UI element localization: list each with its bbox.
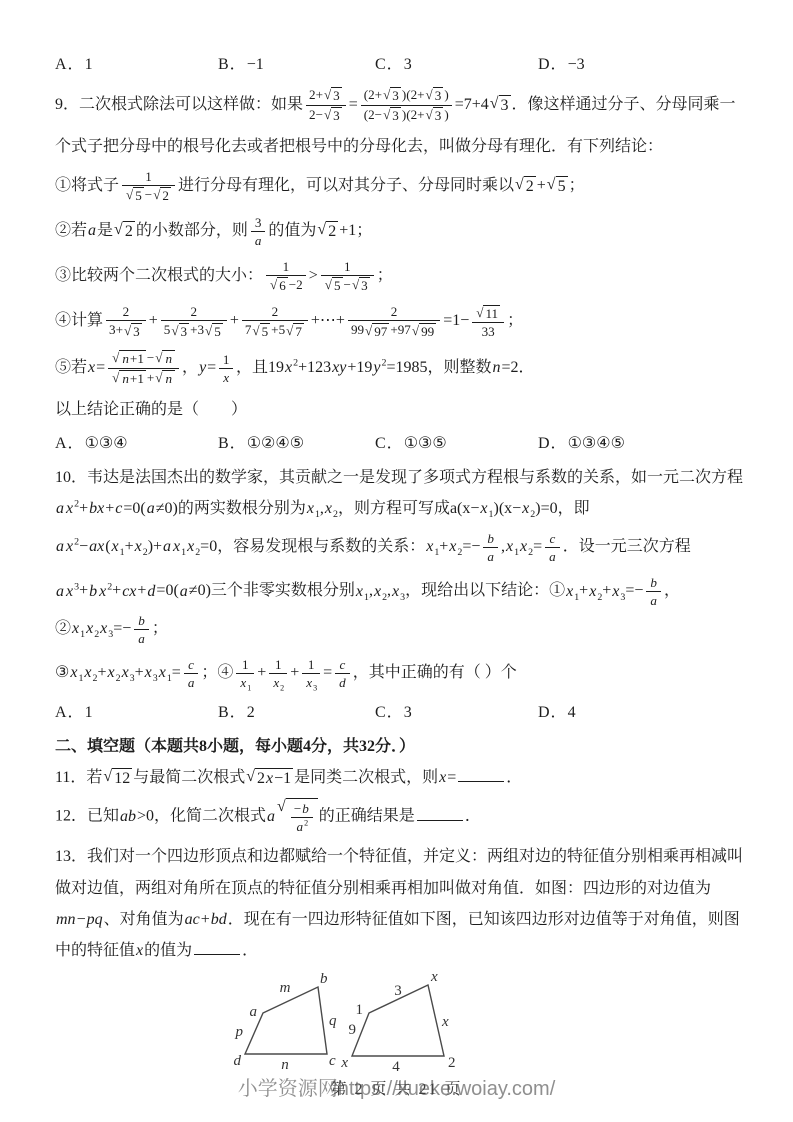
seg-m: c — [114, 500, 123, 517]
seg-sb: x1 — [69, 664, 83, 681]
seg-t: − — [79, 538, 88, 555]
seg-t: +19 — [347, 359, 372, 376]
seg-r: √7 — [286, 323, 304, 340]
seg-t: + — [147, 370, 154, 385]
right-vertex-x-bottom-label: x — [340, 1055, 348, 1071]
seg-t: 3+ — [109, 322, 123, 337]
seg-r: √99 — [412, 323, 436, 340]
seg-t: =0，容易发现根与系数的关系： — [200, 538, 425, 555]
seg-t: ③ — [55, 664, 69, 681]
choice-letter: D． — [538, 56, 568, 73]
seg-t: 2 — [526, 178, 534, 195]
seg-sb: x2 — [519, 538, 533, 555]
seg-t: ； — [152, 620, 168, 637]
left-quadrilateral-outline — [245, 987, 327, 1054]
left-side-q-label: q — [329, 1013, 337, 1029]
left-vertex-c-label: c — [329, 1053, 336, 1069]
seg-f: 3a — [251, 214, 266, 249]
seg-r: √5 — [205, 323, 223, 340]
seg-m: ac — [184, 911, 201, 928]
seg-t: 5 — [164, 322, 171, 337]
seg-t: 3 — [361, 278, 368, 293]
seg-t: 1 — [344, 259, 351, 274]
seg-m: a — [187, 675, 196, 690]
seg-t: =− — [113, 620, 131, 637]
seg-t: 个式子把分母中的根号化去或者把根号中的分母化去，叫做分母有理化．有下列结论： — [55, 138, 663, 155]
seg-r: √97 — [365, 323, 389, 340]
seg-m: a — [87, 222, 97, 239]
section-2-header: 二、填空题（本题共8小题，每小题4分，共32分．） — [55, 733, 755, 760]
choice-letter: B． — [218, 435, 247, 452]
seg-t: )=0，即 — [535, 500, 589, 517]
seg-t: −3 — [568, 56, 585, 73]
seg-m: c — [548, 531, 556, 546]
choice-letter: C． — [375, 704, 404, 721]
seg-r: √3 — [383, 107, 401, 124]
seg-t: ≠0)三个非零实数根分别 — [189, 583, 355, 600]
seg-m: a — [55, 583, 65, 600]
left-vertex-a-label: a — [250, 1004, 258, 1020]
seg-t: 10．韦达是法国杰出的数学家，其贡献之一是发现了多项式方程根与系数的关系，如一元… — [55, 469, 743, 486]
seg-t: 2 — [257, 770, 265, 787]
seg-t: ③比较两个二次根式的大小： — [55, 267, 263, 284]
seg-t: + — [230, 312, 239, 329]
exam-page: A．1B．−1C．3D．−39．二次根式除法可以这样做：如果2+√32−√3=(… — [0, 0, 793, 1122]
seg-sb: x1 — [71, 620, 85, 637]
q9-item-4: ④计算23+√3+25√3+3√5+27√5+5√7+⋯+299√97+97√9… — [55, 302, 755, 341]
q13-line4: 中的特征值x的值为． — [55, 937, 755, 964]
seg-m: b — [486, 531, 495, 546]
seg-m: ax — [88, 538, 105, 555]
seg-t: ) — [444, 87, 448, 102]
seg-t: =0( — [123, 500, 145, 517]
seg-m: a — [254, 233, 263, 248]
seg-sb: x3 — [391, 583, 405, 600]
left-side-p-label: p — [235, 1024, 244, 1040]
seg-t: + — [125, 538, 134, 555]
q13-figure-wrapper: a b c d m q n p 1 x 2 x 3 x 4 9 — [230, 970, 793, 1088]
seg-r: √−ba2 — [277, 798, 318, 836]
seg-t: + — [97, 664, 106, 681]
seg-m: n — [121, 371, 130, 386]
answer-row-q8: A．1B．−1C．3D．−3 — [55, 51, 755, 78]
choice-letter: B． — [218, 56, 247, 73]
seg-t: = — [207, 359, 216, 376]
seg-sb: x2 — [272, 675, 284, 690]
right-vertex-2-label: 2 — [448, 1055, 456, 1071]
answer-row-q9-option-C: C．①③⑤ — [375, 430, 538, 457]
seg-r: √3 — [490, 95, 511, 116]
seg-su: a2 — [296, 819, 309, 834]
seg-f: ba — [483, 530, 498, 565]
seg-t: ．像这样通过分子、分母同乘一 — [512, 96, 736, 113]
seg-r: √5 — [325, 277, 343, 294]
seg-sb: x1 — [505, 538, 519, 555]
seg-sb: x2 — [85, 620, 99, 637]
q13-line3: mn−pq、对角值为ac+bd．现在有一四边形特征值如下图，已知该四边形对边值等… — [55, 906, 755, 933]
seg-t: (2− — [364, 107, 382, 122]
answer-row-q9: A．①③④B．①②④⑤C．①③⑤D．①③④⑤ — [55, 430, 755, 457]
seg-t: ①③⑤ — [404, 435, 447, 452]
seg-r: √n+1 — [112, 350, 146, 367]
q9-intro-line1: 9．二次根式除法可以这样做：如果2+√32−√3=(2+√3)(2+√3)(2−… — [55, 85, 755, 125]
answer-row-q10-option-C: C．3 — [375, 699, 538, 726]
q9-item-3: ③比较两个二次根式的大小：1√6−2>1√5−√3； — [55, 257, 755, 296]
seg-t: 中的特征值 — [55, 942, 135, 959]
seg-t: + — [105, 500, 114, 517]
seg-t: 97 — [374, 324, 387, 339]
seg-t: + — [257, 664, 266, 681]
seg-t: = — [172, 664, 181, 681]
seg-sb: x2 — [186, 538, 200, 555]
seg-t: =0( — [156, 583, 178, 600]
seg-t: ⑤若 — [55, 359, 87, 376]
seg-sb: x2 — [134, 538, 148, 555]
seg-t: − — [145, 187, 152, 202]
seg-m: d — [338, 675, 347, 690]
answer-row-q8-option-A: A．1 — [55, 51, 218, 78]
seg-t: ． — [242, 942, 258, 959]
seg-t: > — [309, 267, 318, 284]
seg-t: 3 — [404, 56, 412, 73]
seg-f: ca — [184, 656, 199, 691]
seg-t: + — [290, 664, 299, 681]
seg-sb: x3 — [99, 620, 113, 637]
seg-t: =− — [462, 538, 480, 555]
q10-line4: ax3+bx2+cx+d=0(a≠0)三个非零实数根分别x1,x2,x3，现给出… — [55, 573, 755, 647]
seg-t: +3 — [190, 322, 204, 337]
seg-t: 13．我们对一个四边形顶点和边都赋给一个特征值，并定义：两组对边的特征值分别相乘… — [55, 848, 743, 865]
seg-r: √11 — [476, 305, 500, 322]
seg-sb: x3 — [121, 664, 135, 681]
seg-t: 7 — [295, 324, 302, 339]
seg-t: 3 — [133, 324, 140, 339]
seg-m: c — [339, 657, 347, 672]
seg-t: ； — [377, 267, 393, 284]
seg-t: 99 — [351, 322, 364, 337]
seg-m: x — [438, 769, 447, 786]
seg-t: = — [349, 96, 358, 113]
seg-t: >0，化简二次根式 — [137, 808, 266, 825]
seg-t: 1 — [283, 259, 290, 274]
seg-t: 是 — [97, 222, 113, 239]
seg-t: = — [323, 664, 332, 681]
seg-su: x2 — [98, 583, 112, 600]
seg-t: 2 — [125, 223, 133, 240]
seg-m: bd — [210, 911, 228, 928]
answer-row-q10: A．1B．2C．3D．4 — [55, 699, 755, 726]
seg-t: 以上结论正确的是（ ） — [55, 401, 247, 418]
seg-f: ba — [134, 612, 149, 647]
seg-t: +97 — [390, 322, 411, 337]
seg-t: + — [439, 538, 448, 555]
seg-su: x2 — [65, 538, 79, 555]
seg-f: 1√6−2 — [266, 258, 306, 295]
seg-t: 3 — [333, 108, 340, 123]
seg-t: 3 — [435, 108, 442, 123]
seg-u — [417, 803, 463, 821]
seg-r: √5 — [126, 187, 144, 204]
right-side-9-label: 9 — [349, 1022, 357, 1038]
seg-t: (2+ — [364, 87, 382, 102]
seg-m: x — [265, 770, 274, 787]
left-side-n-label: n — [281, 1057, 289, 1073]
seg-sb: x3 — [144, 664, 158, 681]
choice-letter: C． — [375, 56, 404, 73]
seg-t: 1 — [223, 352, 230, 367]
page-footer: 小学资源网https://xueke.woiay.com/ 第 2 页 共 21… — [0, 1072, 793, 1102]
seg-t: 12．已知 — [55, 808, 119, 825]
seg-t: +1 — [130, 371, 144, 386]
seg-t: 5 — [558, 178, 566, 195]
seg-t: )(2+ — [402, 107, 425, 122]
answer-row-q8-option-B: B．−1 — [218, 51, 375, 78]
seg-t: −2 — [289, 277, 303, 292]
seg-m: c — [187, 657, 195, 672]
seg-sb: x1 — [172, 538, 186, 555]
seg-m: n — [164, 371, 173, 386]
seg-t: 的小数部分，则 — [136, 222, 248, 239]
seg-m: x — [135, 942, 144, 959]
seg-r: √3 — [352, 277, 370, 294]
seg-t: 进行分母有理化，可以对其分子、分母同时乘以 — [178, 177, 514, 194]
q13-line2: 做对边值，两组对角所在顶点的特征值分别相乘再相加叫做对角值．如图：四边形的对边值… — [55, 875, 755, 902]
seg-t: 2− — [309, 107, 323, 122]
seg-t: 2 — [191, 304, 198, 319]
left-side-m-label: m — [280, 980, 291, 996]
seg-m: a — [179, 583, 189, 600]
seg-r: √n — [155, 350, 175, 367]
seg-t: =− — [625, 583, 643, 600]
seg-f: 2+√32−√3 — [306, 86, 346, 124]
quadrilateral-figure: a b c d m q n p 1 x 2 x 3 x 4 9 — [230, 970, 480, 1088]
seg-t: ． — [506, 769, 522, 786]
q11: 11．若√12与最简二次根式√2x−1是同类二次根式，则x=． — [55, 764, 755, 791]
seg-t: 做对边值，两组对角所在顶点的特征值分别相乘再相加叫做对角值．如图：四边形的对边值… — [55, 880, 711, 897]
seg-r: √2 — [317, 221, 338, 242]
seg-t: 5 — [334, 278, 341, 293]
seg-t: 2+ — [309, 87, 323, 102]
seg-t: ．现在有一四边形特征值如下图，已知该四边形对边值等于对角值，则图 — [228, 911, 740, 928]
seg-m: d — [146, 583, 156, 600]
q10-line2: ax2+bx+c=0(a≠0)的两实数根分别为x1,x2，则方程可写成a(x−x… — [55, 495, 755, 522]
seg-sb: x1 — [158, 664, 172, 681]
document-lines: A．1B．−1C．3D．−39．二次根式除法可以这样做：如果2+√32−√3=(… — [0, 0, 793, 964]
seg-t: 2 — [272, 304, 279, 319]
seg-sb: x2 — [373, 583, 387, 600]
seg-m: a — [55, 500, 65, 517]
seg-su: y2 — [372, 359, 386, 376]
seg-t: 的值为 — [268, 222, 316, 239]
seg-t: 2 — [123, 304, 130, 319]
q10-line1: 10．韦达是法国杰出的数学家，其贡献之一是发现了多项式方程根与系数的关系，如一元… — [55, 464, 755, 491]
seg-t: + — [579, 583, 588, 600]
right-side-3-label: 3 — [394, 983, 402, 999]
seg-t: −1 — [247, 56, 264, 73]
seg-t: 1 — [275, 657, 282, 672]
seg-t: ，现给出以下结论：① — [405, 583, 565, 600]
q10-line5: ③x1x2+x2x3+x3x1=ca；④1x1+1x2+1x3=cd，其中正确的… — [55, 655, 755, 692]
seg-m: cx — [121, 583, 137, 600]
seg-t: 3 — [255, 215, 262, 230]
seg-r: √3 — [124, 323, 142, 340]
seg-m: a — [162, 538, 172, 555]
seg-m: x — [222, 370, 230, 385]
answer-row-q10-option-B: B．2 — [218, 699, 375, 726]
seg-t: + — [79, 583, 88, 600]
seg-t: =2． — [501, 359, 534, 376]
seg-t: 3 — [404, 704, 412, 721]
seg-t: = — [96, 359, 105, 376]
seg-r: √3 — [171, 323, 189, 340]
seg-sb: x1 — [239, 675, 251, 690]
seg-t: 7 — [245, 322, 252, 337]
seg-m: a — [548, 549, 557, 564]
seg-t: 3 — [392, 108, 399, 123]
seg-t: + — [112, 583, 121, 600]
seg-m: a — [486, 549, 495, 564]
seg-sb: x3 — [611, 583, 625, 600]
seg-f: 299√97+97√99 — [348, 303, 440, 340]
seg-t: +1 — [130, 351, 144, 366]
seg-f: −ba2 — [291, 800, 313, 835]
seg-t: ①②④⑤ — [247, 435, 304, 452]
q9-item-5: ⑤若x=√n+1−√n√n+1+√n，y=1x，且19x2+123xy+19y2… — [55, 348, 755, 388]
seg-m: xy — [331, 359, 347, 376]
answer-row-q8-option-D: D．−3 — [538, 51, 755, 78]
seg-t: 4 — [568, 704, 576, 721]
seg-t: ，则方程可写成a(x− — [338, 500, 479, 517]
seg-t: ④计算 — [55, 312, 103, 329]
seg-f: cd — [335, 656, 350, 691]
seg-m: n — [491, 359, 501, 376]
seg-t: 1 — [242, 657, 249, 672]
seg-t: ，其中正确的有（ ）个 — [353, 664, 517, 681]
q9-item-1: ①将式子1√5−√2进行分母有理化，可以对其分子、分母同时乘以√2+√5； — [55, 167, 755, 206]
seg-t: +⋯+ — [311, 312, 345, 329]
seg-t: + — [149, 312, 158, 329]
answer-row-q8-option-C: C．3 — [375, 51, 538, 78]
seg-t: 6 — [279, 278, 286, 293]
seg-t: 3 — [435, 88, 442, 103]
q9-intro-line2: 个式子把分母中的根号化去或者把根号中的分母化去，叫做分母有理化．有下列结论： — [55, 133, 755, 160]
seg-t: ；④ — [201, 664, 233, 681]
seg-m: ab — [119, 808, 137, 825]
seg-t: )+ — [148, 538, 162, 555]
seg-t: 33 — [482, 324, 495, 339]
seg-t: 2 — [162, 188, 169, 203]
seg-m: mn — [55, 911, 77, 928]
seg-f: (2+√3)(2+√3)(2−√3)(2+√3) — [361, 86, 452, 124]
answer-row-q9-option-D: D．①③④⑤ — [538, 430, 755, 457]
seg-sb: x2 — [83, 664, 97, 681]
seg-sb: x1 — [306, 500, 320, 517]
seg-r: √5 — [547, 176, 568, 197]
seg-r: √2 — [114, 221, 135, 242]
seg-t: − — [147, 350, 154, 365]
seg-t: +5 — [271, 322, 285, 337]
seg-t: 的值为 — [144, 942, 192, 959]
seg-m: n — [164, 351, 173, 366]
seg-m: a — [266, 808, 276, 825]
seg-t: 11 — [485, 306, 498, 321]
seg-t: −1 — [274, 770, 291, 787]
seg-t: ≠0)的两实数根分别为 — [156, 500, 306, 517]
seg-r: √3 — [426, 107, 444, 124]
q12: 12．已知ab>0，化简二次根式a√−ba2的正确结果是． — [55, 798, 755, 836]
seg-su: x2 — [284, 359, 298, 376]
seg-t: 1 — [85, 56, 93, 73]
seg-t: ①③④ — [85, 435, 128, 452]
seg-m: bx — [88, 500, 105, 517]
seg-t: 3 — [181, 324, 188, 339]
seg-m: pq — [86, 911, 104, 928]
seg-sb: x2 — [448, 538, 462, 555]
seg-m: a — [146, 500, 156, 517]
seg-t: − — [77, 911, 86, 928]
seg-t: = — [533, 538, 542, 555]
seg-t: 5 — [135, 188, 142, 203]
seg-f: 1√5−√2 — [122, 168, 175, 205]
seg-sb: x2 — [521, 500, 535, 517]
seg-f: 1x3 — [302, 656, 320, 691]
seg-f: 1x2 — [269, 656, 287, 691]
seg-t: ， — [182, 359, 198, 376]
q9-item-2: ②若a是√2的小数部分，则3a的值为√2+1； — [55, 213, 755, 250]
seg-t: = — [447, 769, 456, 786]
seg-sb: x1 — [355, 583, 369, 600]
page-number: 第 2 页 共 21 页 — [0, 1076, 793, 1099]
choice-letter: A． — [55, 56, 85, 73]
seg-t: =1− — [443, 312, 469, 329]
seg-t: 3 — [392, 88, 399, 103]
seg-sb: x2 — [324, 500, 338, 517]
seg-r: √2x−1 — [246, 768, 293, 789]
seg-t: 2 — [247, 704, 255, 721]
seg-t: − — [344, 277, 351, 292]
seg-m: a — [649, 593, 658, 608]
choice-letter: D． — [538, 435, 568, 452]
seg-m: n — [121, 351, 130, 366]
answer-row-q10-option-D: D．4 — [538, 699, 755, 726]
seg-m: a — [55, 538, 65, 555]
choice-letter: C． — [375, 435, 404, 452]
seg-f: 23+√3 — [106, 303, 146, 340]
choice-letter: B． — [218, 704, 247, 721]
seg-r: √5 — [252, 323, 270, 340]
seg-r: √6 — [270, 277, 288, 294]
seg-t: ②若 — [55, 222, 87, 239]
seg-m: b — [137, 613, 146, 628]
seg-su: x2 — [65, 500, 79, 517]
seg-t: ； — [569, 177, 585, 194]
seg-t: +1； — [339, 222, 372, 239]
seg-t: + — [201, 911, 210, 928]
seg-m: b — [88, 583, 98, 600]
seg-t: 与最简二次根式 — [133, 769, 245, 786]
seg-r: √2 — [515, 176, 536, 197]
seg-f: 1x1 — [236, 656, 254, 691]
seg-m: y — [198, 359, 207, 376]
seg-sb: x3 — [305, 675, 317, 690]
seg-sb: x1 — [111, 538, 125, 555]
seg-t: =7+4 — [455, 96, 489, 113]
seg-r: √n — [155, 370, 175, 387]
seg-u — [194, 937, 240, 955]
seg-f: √n+1−√n√n+1+√n — [108, 349, 179, 387]
answer-row-q10-option-A: A．1 — [55, 699, 218, 726]
seg-su: x3 — [65, 583, 79, 600]
